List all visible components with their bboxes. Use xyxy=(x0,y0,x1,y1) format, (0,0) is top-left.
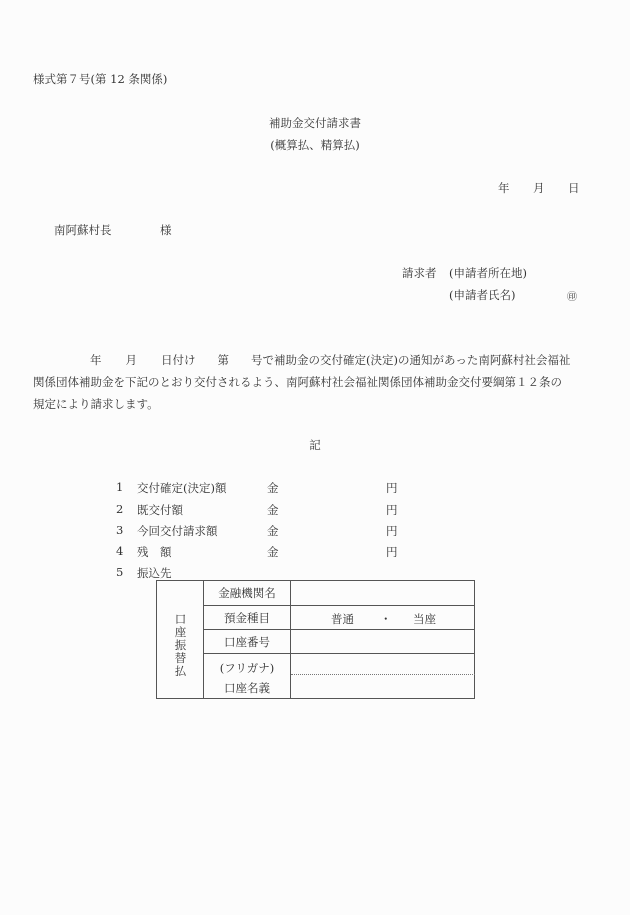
item-number: 1 xyxy=(116,480,123,494)
item-kin: 金 xyxy=(267,523,279,539)
addressee: 南阿蘇村長 xyxy=(54,222,112,238)
para-year: 年 xyxy=(90,353,102,367)
item-label: 既交付額 xyxy=(137,502,183,518)
bank-name-label: 金融機関名 xyxy=(204,581,290,605)
item-label: 振込先 xyxy=(137,565,172,581)
side-char: 払 xyxy=(157,665,204,678)
deposit-type-toza-option[interactable]: 当座 xyxy=(413,611,436,627)
paragraph-line-2: 関係団体補助金を下記のとおり交付されるよう、南阿蘇村社会福祉関係団体補助金交付要… xyxy=(33,371,599,393)
request-paragraph: 年月日付け第号で補助金の交付確定(決定)の通知があった南阿蘇村社会福祉 関係団体… xyxy=(33,349,599,415)
account-transfer-side-label: 口 座 振 替 払 xyxy=(157,581,204,698)
claimant-address-label: (申請者所在地) xyxy=(449,265,527,281)
item-yen: 円 xyxy=(386,502,398,518)
account-holder-furigana-label: (フリガナ) xyxy=(204,658,290,678)
item-yen: 円 xyxy=(386,544,398,560)
form-number: 様式第７号(第 12 条関係) xyxy=(33,71,167,87)
date-year-label: 年 xyxy=(498,180,510,196)
item-number: 4 xyxy=(116,544,123,558)
paragraph-line-1: 年月日付け第号で補助金の交付確定(決定)の通知があった南阿蘇村社会福祉 xyxy=(33,349,599,371)
paragraph-line-3: 規定により請求します。 xyxy=(33,393,599,415)
bank-name-field[interactable] xyxy=(291,581,475,605)
item-kin: 金 xyxy=(267,502,279,518)
item-label: 残 額 xyxy=(137,544,172,560)
ki-heading: 記 xyxy=(0,437,630,453)
deposit-type-row: 預金種目 普通 ・ 当座 xyxy=(204,606,475,630)
item-yen: 円 xyxy=(386,523,398,539)
account-holder-label: 口座名義 xyxy=(204,678,290,698)
para-month: 月 xyxy=(126,353,138,367)
account-holder-row: (フリガナ) 口座名義 xyxy=(204,654,475,699)
item-label: 今回交付請求額 xyxy=(137,523,218,539)
item-label: 交付確定(決定)額 xyxy=(137,480,226,496)
account-number-label: 口座番号 xyxy=(204,630,290,654)
para-go: 号で補助金の交付確定(決定)の通知があった南阿蘇村社会福祉 xyxy=(251,353,570,367)
para-dai: 第 xyxy=(218,353,230,367)
claimant-label: 請求者 xyxy=(402,265,437,281)
account-holder-field[interactable] xyxy=(291,654,475,699)
item-number: 3 xyxy=(116,523,123,537)
claimant-name-label: (申請者氏名) xyxy=(449,287,515,303)
deposit-type-futsu-option[interactable]: 普通 xyxy=(331,611,354,627)
account-number-field[interactable] xyxy=(291,630,475,653)
para-day: 日付け xyxy=(161,353,196,367)
item-yen: 円 xyxy=(386,480,398,496)
item-number: 2 xyxy=(116,502,123,516)
item-number: 5 xyxy=(116,565,123,579)
addressee-honorific: 様 xyxy=(160,222,172,238)
document-subtitle: (概算払、精算払) xyxy=(0,137,630,153)
document-title: 補助金交付請求書 xyxy=(0,115,630,131)
furigana-divider xyxy=(291,674,475,675)
deposit-type-field: 普通 ・ 当座 xyxy=(291,606,475,629)
deposit-type-separator: ・ xyxy=(380,611,392,627)
item-kin: 金 xyxy=(267,544,279,560)
date-month-label: 月 xyxy=(533,180,545,196)
account-number-row: 口座番号 xyxy=(204,630,475,654)
bank-name-row: 金融機関名 xyxy=(204,581,475,606)
deposit-type-label: 預金種目 xyxy=(204,606,290,630)
date-day-label: 日 xyxy=(568,180,580,196)
item-kin: 金 xyxy=(267,480,279,496)
account-transfer-table: 口 座 振 替 払 金融機関名 預金種目 普通 ・ 当座 口座番号 (フリガナ)… xyxy=(156,580,475,699)
seal-icon: ㊞ xyxy=(567,288,577,303)
